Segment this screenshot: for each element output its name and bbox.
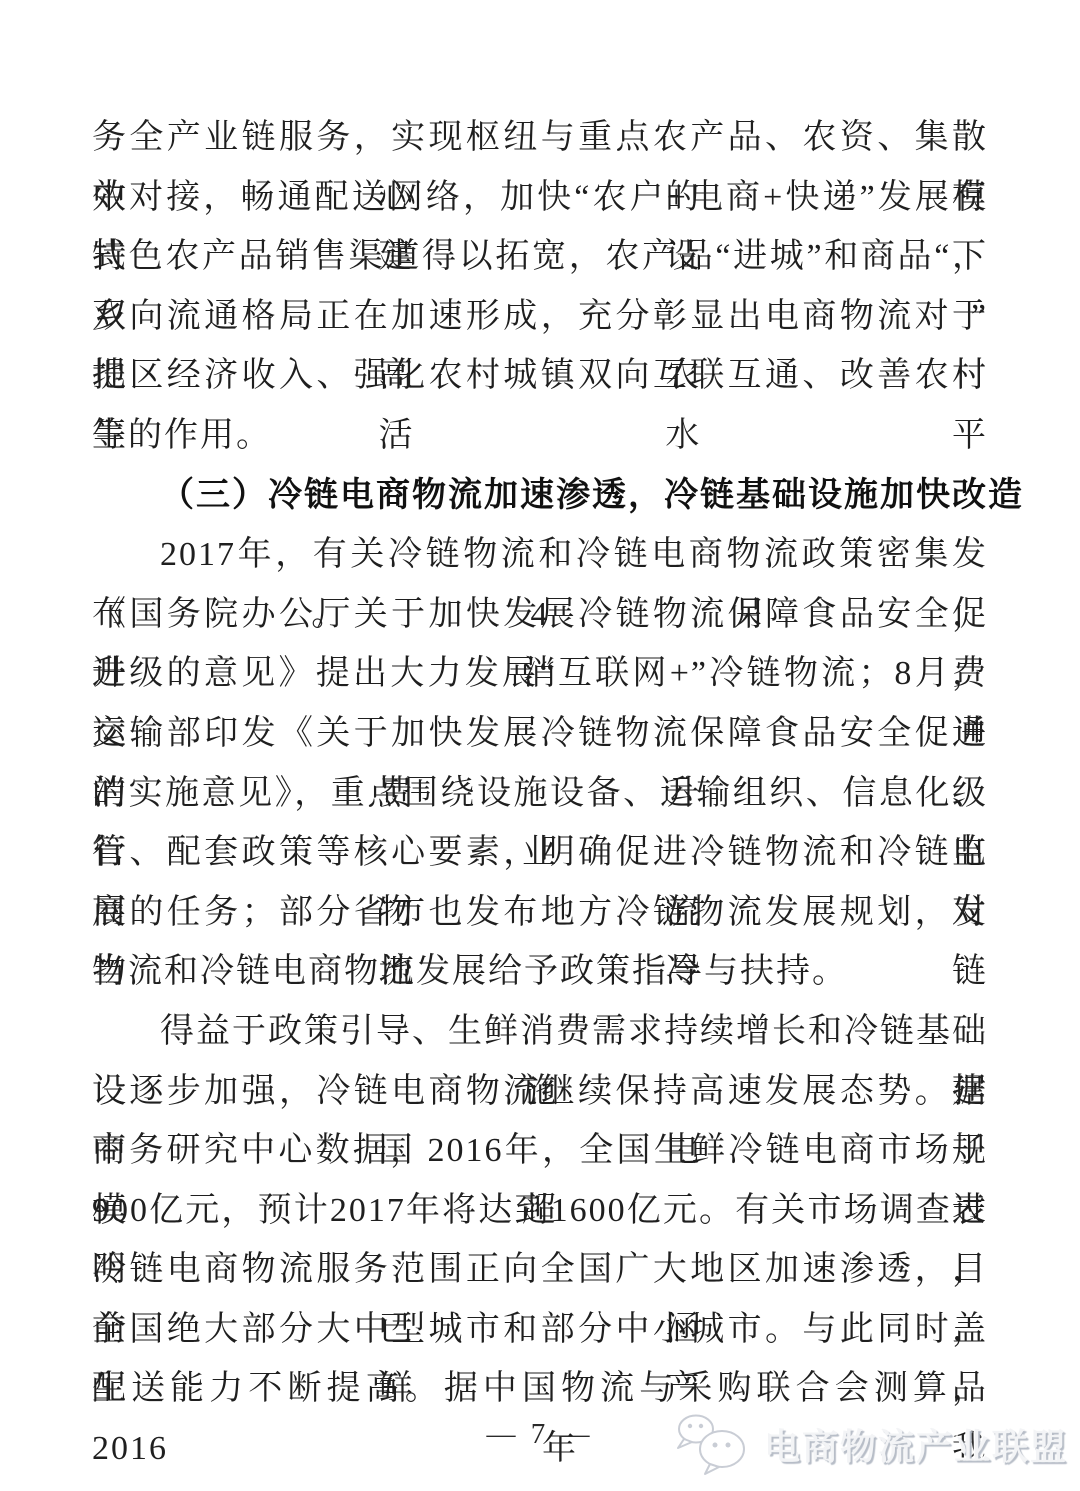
body-line: 的实施意见》，重点围绕设施设备、运输组织、信息化、行业监 [92, 764, 988, 824]
body-line: 特色农产品销售渠道得以拓宽，农产品“进城”和商品“下乡” [92, 227, 988, 287]
body-line: 升级的意见》提出大力发展“互联网+”冷链物流；8月，交通 [92, 644, 988, 704]
page-background: 务全产业链服务，实现枢纽与重点农产品、农资、集散中心的有 效对接，畅通配送网络，… [0, 0, 1080, 1491]
body-line: 双向流通格局正在加速形成，充分彰显出电商物流对于提高农村 [92, 287, 988, 347]
body-line: 2017年，有关冷链物流和冷链电商物流政策密集发布。4月， [92, 525, 988, 585]
body-line: 全国绝大部分大中型城市和部分中小城市。与此同时，生鲜产品 [92, 1300, 988, 1360]
wechat-icon [670, 1412, 756, 1476]
body-line: 效对接，畅通配送网络，加快“农户+电商+快递”发展模式建设， [92, 168, 988, 228]
watermark-text: 电商物流产业联盟 [764, 1419, 1068, 1470]
body-line: 管、配套政策等核心要素，明确促进冷链物流和冷链电商物流发 [92, 823, 988, 883]
body-line: 设逐步加强，冷链电商物流继续保持高速发展态势。据中国电子 [92, 1062, 988, 1122]
body-line: 《国务院办公厅关于加快发展冷链物流保障食品安全促进消费 [92, 585, 988, 645]
document-page: { "page": { "page_number": "— 7 —", "wat… [0, 0, 1080, 1491]
body-text: 务全产业链服务，实现枢纽与重点农产品、农资、集散中心的有 效对接，畅通配送网络，… [92, 108, 988, 1419]
body-line: 务全产业链服务，实现枢纽与重点农产品、农资、集散中心的有 [92, 108, 988, 168]
body-line: 地区经济收入、强化农村城镇双向互联互通、改善农村生活水平 [92, 346, 988, 406]
watermark-badge: 电商物流产业联盟 [670, 1412, 1068, 1476]
body-line: 展的任务；部分省市也发布地方冷链物流发展规划，对当地冷链 [92, 883, 988, 943]
body-line: 得益于政策引导、生鲜消费需求持续增长和冷链基础设施建 [92, 1002, 988, 1062]
body-line: 配送能力不断提高。据中国物流与采购联合会测算，2016年我 [92, 1359, 988, 1419]
body-line: 运输部印发《关于加快发展冷链物流保障食品安全促进消费升级 [92, 704, 988, 764]
body-line: 900亿元，预计2017年将达到1600亿元。有关市场调查表明， [92, 1181, 988, 1241]
section-heading: （三）冷链电商物流加速渗透，冷链基础设施加快改造 [92, 466, 988, 526]
body-line: 商务研究中心数据，2016年，全国生鲜冷链电商市场规模超过 [92, 1121, 988, 1181]
body-line: 冷链电商物流服务范围正向全国广大地区加速渗透，目前已涵盖 [92, 1240, 988, 1300]
